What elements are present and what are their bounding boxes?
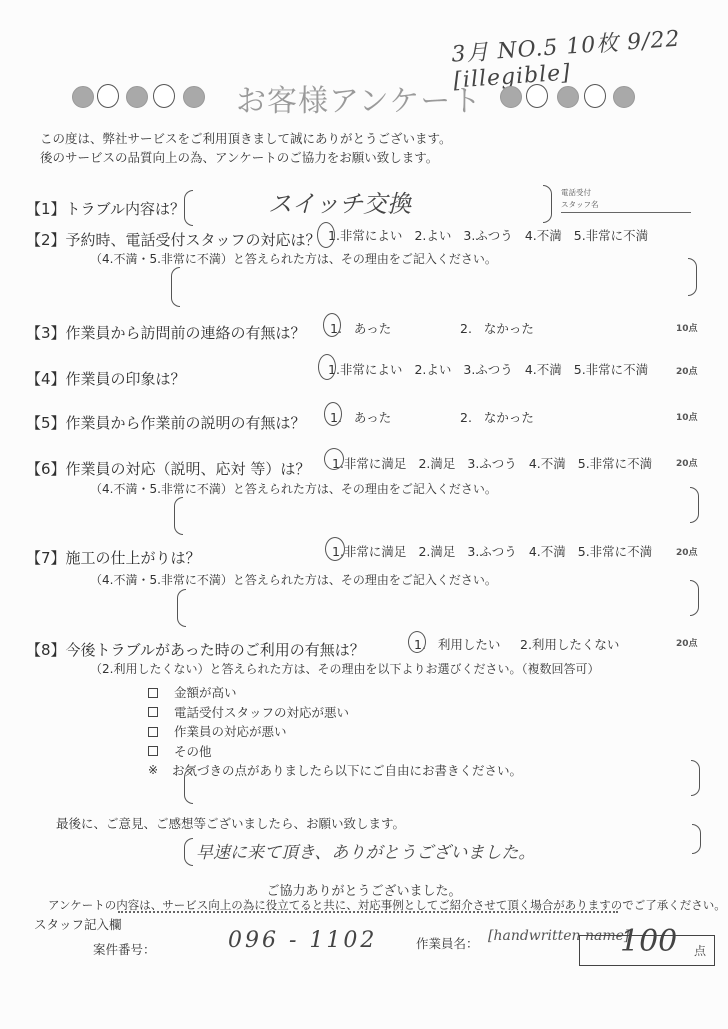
option-2[interactable]: 2.満足 xyxy=(418,456,455,471)
question-6-reason-prompt: （4.不満・5.非常に不満）と答えられた方は、その理由をご記入ください。 xyxy=(90,480,497,497)
option-5[interactable]: 5.非常に不満 xyxy=(574,228,648,243)
option-2[interactable]: 2.満足 xyxy=(418,544,455,559)
points-label: 10点 xyxy=(676,410,698,423)
checkbox-icon[interactable] xyxy=(148,746,158,756)
points-label: 20点 xyxy=(676,545,698,558)
question-2-reason-prompt: （4.不満・5.非常に不満）と答えられた方は、その理由をご記入ください。 xyxy=(90,250,497,267)
filled-dot-icon xyxy=(557,86,579,108)
option-2[interactable]: 2. なかった xyxy=(460,410,534,425)
checkbox-worker-bad[interactable]: 作業員の対応が悪い xyxy=(148,722,522,742)
option-1[interactable]: 1.非常によい xyxy=(328,228,402,243)
question-7-reason-prompt: （4.不満・5.非常に不満）と答えられた方は、その理由をご記入ください。 xyxy=(90,571,497,588)
reference-mark-icon: ※ xyxy=(148,761,158,781)
handwritten-header-note: 3月 NO.5 10枚 9/22 [illegible] xyxy=(450,18,728,93)
option-3[interactable]: 3.ふつう xyxy=(467,456,516,471)
checkbox-icon[interactable] xyxy=(148,707,158,717)
free-bracket-close xyxy=(691,760,700,796)
filled-dot-icon xyxy=(183,86,205,108)
question-4: 【4】作業員の印象は？ xyxy=(26,368,186,389)
filled-dot-icon xyxy=(72,86,94,108)
option-2[interactable]: 2.よい xyxy=(414,362,451,377)
empty-circle-icon xyxy=(584,84,606,108)
empty-circle-icon xyxy=(97,84,119,108)
question-5: 【5】作業員から作業前の説明の有無は？ xyxy=(26,412,306,433)
survey-title: お客様アンケート xyxy=(236,76,482,120)
option-4[interactable]: 4.不満 xyxy=(525,362,562,377)
selected-circle-icon xyxy=(325,537,345,561)
option-4[interactable]: 4.不満 xyxy=(525,228,562,243)
reason-bracket-open xyxy=(174,497,183,535)
reason-bracket-close xyxy=(688,258,697,296)
selected-circle-icon xyxy=(408,631,426,653)
question-7-options: 1.非常に満足2.満足3.ふつう4.不満5.非常に不満 xyxy=(332,542,664,560)
final-bracket-close xyxy=(692,824,701,854)
checkbox-other[interactable]: その他 xyxy=(148,742,522,762)
option-3[interactable]: 3.ふつう xyxy=(463,362,512,377)
option-4[interactable]: 4.不満 xyxy=(529,544,566,559)
final-comment-field[interactable]: 早速に来て頂き、ありがとうございました。 xyxy=(196,838,535,863)
option-1[interactable]: 1. あった xyxy=(330,319,460,337)
staff-section-label: スタッフ記入欄 xyxy=(34,915,122,933)
selected-circle-icon xyxy=(317,222,335,248)
checkbox-reception-staff-bad[interactable]: 電話受付スタッフの対応が悪い xyxy=(148,703,522,723)
selected-circle-icon xyxy=(323,313,341,337)
question-7: 【7】施工の仕上がりは？ xyxy=(26,547,201,568)
option-5[interactable]: 5.非常に不満 xyxy=(578,544,652,559)
trouble-content-field[interactable]: スイッチ交換 xyxy=(268,184,411,219)
question-2-reason-field[interactable] xyxy=(182,270,682,302)
option-3[interactable]: 3.ふつう xyxy=(463,228,512,243)
empty-circle-icon xyxy=(153,84,175,108)
intro-line-1: この度は、弊社サービスをご利用頂きまして誠にありがとうございます。 xyxy=(40,129,452,147)
final-bracket-open xyxy=(184,838,193,866)
question-6-options: 1.非常に満足2.満足3.ふつう4.不満5.非常に不満 xyxy=(332,454,664,472)
answer-bracket-open xyxy=(184,190,193,226)
reason-bracket-close xyxy=(690,487,699,523)
free-bracket-open xyxy=(184,768,193,804)
points-label: 20点 xyxy=(676,364,698,377)
checkbox-icon[interactable] xyxy=(148,727,158,737)
score-value: 100 xyxy=(620,924,677,959)
question-1: 【1】トラブル内容は？ xyxy=(26,198,185,219)
question-6-reason-field[interactable] xyxy=(184,498,684,530)
question-5-options: 1. あった2. なかった xyxy=(330,408,534,426)
empty-circle-icon xyxy=(526,84,548,108)
filled-dot-icon xyxy=(126,86,148,108)
reception-staff-label: 電話受付 スタッフ名 xyxy=(561,187,599,211)
reason-bracket-open xyxy=(177,589,186,627)
selected-circle-icon xyxy=(324,448,344,470)
question-3-options: 1. あった2. なかった xyxy=(330,319,534,337)
question-1-text: トラブル内容は？ xyxy=(66,200,185,218)
option-2[interactable]: 2.よい xyxy=(414,228,451,243)
case-number-value[interactable]: 096 - 1102 xyxy=(228,928,377,953)
points-label: 20点 xyxy=(676,636,698,649)
intro-line-2: 後のサービスの品質向上の為、アンケートのご協力をお願い致します。 xyxy=(40,148,438,166)
question-7-reason-field[interactable] xyxy=(188,590,688,622)
question-3: 【3】作業員から訪問前の連絡の有無は？ xyxy=(26,322,306,343)
question-8-options: 1. 利用したい2.利用したくない xyxy=(414,635,619,653)
case-number-label: 案件番号： xyxy=(93,940,156,958)
answer-bracket-close xyxy=(543,185,552,223)
worker-name-label: 作業員名： xyxy=(416,934,479,952)
selected-circle-icon xyxy=(324,402,342,426)
score-unit: 点 xyxy=(694,942,706,959)
option-2[interactable]: 2.利用したくない xyxy=(520,637,619,652)
staff-section-dotted-line xyxy=(118,911,618,913)
question-2-options: 1.非常によい2.よい3.ふつう4.不満5.非常に不満 xyxy=(328,226,660,244)
question-8: 【8】今後トラブルがあった時のご利用の有無は？ xyxy=(26,639,365,660)
option-5[interactable]: 5.非常に不満 xyxy=(574,362,648,377)
selected-circle-icon xyxy=(318,354,336,380)
final-comment-prompt: 最後に、ご意見、ご感想等ございましたら、お願い致します。 xyxy=(56,814,405,832)
option-1[interactable]: 1.非常によい xyxy=(328,362,402,377)
filled-dot-icon xyxy=(613,86,635,108)
question-8-reason-prompt: （2.利用したくない）と答えられた方は、その理由を以下よりお選びください。（複数… xyxy=(90,660,599,677)
option-1[interactable]: 1. 利用したい xyxy=(414,635,520,653)
question-2: 【2】予約時、電話受付スタッフの対応は？ xyxy=(26,229,321,250)
points-label: 10点 xyxy=(676,321,698,334)
filled-dot-icon xyxy=(500,86,522,108)
checkbox-price-high[interactable]: 金額が高い xyxy=(148,683,522,703)
option-2[interactable]: 2. なかった xyxy=(460,321,534,336)
points-label: 20点 xyxy=(676,456,698,469)
option-5[interactable]: 5.非常に不満 xyxy=(578,456,652,471)
option-3[interactable]: 3.ふつう xyxy=(467,544,516,559)
reason-bracket-close xyxy=(690,580,699,616)
question-4-options: 1.非常によい2.よい3.ふつう4.不満5.非常に不満 xyxy=(328,360,660,378)
checkbox-icon[interactable] xyxy=(148,688,158,698)
score-box[interactable]: 100 点 xyxy=(579,935,715,966)
option-4[interactable]: 4.不満 xyxy=(529,456,566,471)
reason-checkbox-list: 金額が高い 電話受付スタッフの対応が悪い 作業員の対応が悪い その他 ※お気づき… xyxy=(148,683,522,781)
reason-bracket-open xyxy=(171,267,180,307)
reception-staff-name-field[interactable] xyxy=(561,212,691,213)
option-1[interactable]: 1. あった xyxy=(330,408,460,426)
question-6: 【6】作業員の対応（説明、応対 等）は？ xyxy=(26,458,310,479)
free-comment-field[interactable] xyxy=(194,768,684,800)
